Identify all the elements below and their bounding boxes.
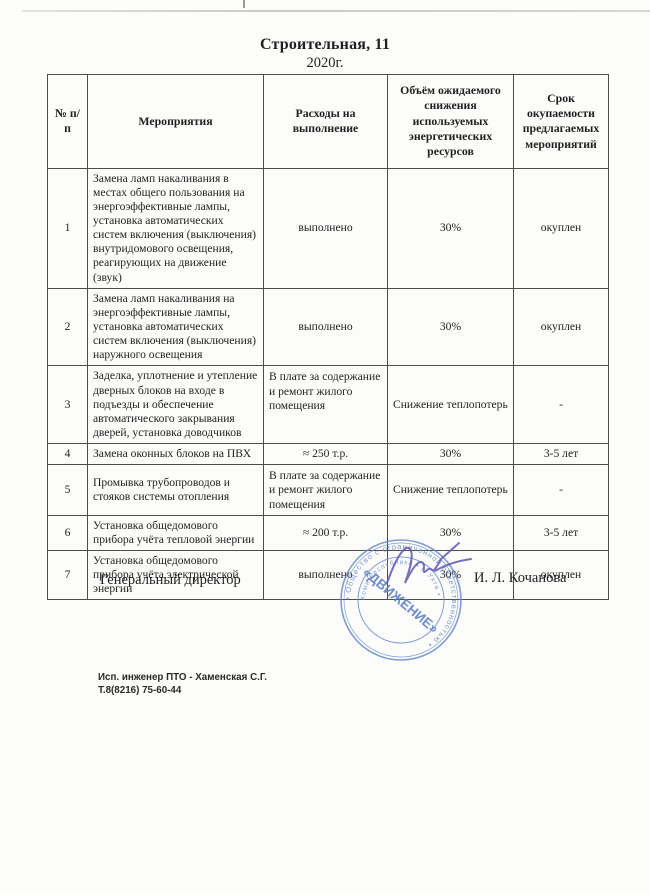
cell-num: 4 — [48, 444, 88, 465]
cell-payback: - — [514, 465, 609, 515]
cell-cost: В плате за содержание и ремонт жилого по… — [264, 366, 388, 444]
cell-payback: 3-5 лет — [514, 444, 609, 465]
cell-num: 6 — [48, 515, 88, 550]
table-body: 1Замена ламп накаливания в местах общего… — [48, 168, 609, 600]
director-name: И. Л. Кочанова — [474, 570, 566, 587]
scan-artifact-tick — [243, 0, 245, 8]
cell-reduction: 30% — [388, 288, 514, 366]
cell-reduction: 30% — [388, 444, 514, 465]
document-title: Строительная, 11 — [0, 36, 650, 54]
phone-line: Т.8(8216) 75-60-44 — [98, 684, 267, 697]
header-reduction: Объём ожидаемого снижения используемых э… — [388, 75, 514, 169]
table-row: 6Установка общедомового прибора учёта те… — [48, 515, 609, 550]
cell-payback: окуплен — [514, 168, 609, 288]
scan-artifact-line — [22, 10, 650, 12]
table-row: 1Замена ламп накаливания в местах общего… — [48, 168, 609, 288]
table-row: 2Замена ламп накаливания на энергоэффект… — [48, 288, 609, 366]
header-measure: Мероприятия — [88, 75, 264, 169]
cell-payback: - — [514, 366, 609, 444]
director-label: Генеральный директор — [100, 572, 241, 589]
document-year: 2020г. — [0, 55, 650, 72]
cell-measure: Заделка, уплотнение и утепление дверных … — [88, 366, 264, 444]
cell-measure: Замена ламп накаливания в местах общего … — [88, 168, 264, 288]
executor-line: Исп. инженер ПТО - Хаменская С.Г. — [98, 671, 267, 684]
cell-measure: Установка общедомового прибора учёта теп… — [88, 515, 264, 550]
header-cost: Расходы на выполнение — [264, 75, 388, 169]
cell-num: 5 — [48, 465, 88, 515]
cell-num: 7 — [48, 551, 88, 600]
handwritten-signature — [383, 537, 478, 595]
title-block: Строительная, 11 2020г. — [0, 36, 650, 72]
table-row: 3Заделка, уплотнение и утепление дверных… — [48, 366, 609, 444]
measures-table: № п/п Мероприятия Расходы на выполнение … — [47, 74, 609, 600]
table-row: 5Промывка трубопроводов и стояков систем… — [48, 465, 609, 515]
table-header-row: № п/п Мероприятия Расходы на выполнение … — [48, 75, 609, 169]
table-row: 4Замена оконных блоков на ПВХ≈ 250 т.р.3… — [48, 444, 609, 465]
cell-reduction: Снижение теплопотерь — [388, 366, 514, 444]
cell-cost: выполнено — [264, 168, 388, 288]
cell-cost: выполнено — [264, 288, 388, 366]
cell-reduction: Снижение теплопотерь — [388, 465, 514, 515]
header-num: № п/п — [48, 75, 88, 169]
cell-measure: Замена ламп накаливания на энергоэффекти… — [88, 288, 264, 366]
cell-payback: 3-5 лет — [514, 515, 609, 550]
footer-block: Исп. инженер ПТО - Хаменская С.Г. Т.8(82… — [98, 671, 267, 697]
header-payback: Срок окупаемости предлагаемых мероприяти… — [514, 75, 609, 169]
cell-reduction: 30% — [388, 168, 514, 288]
cell-measure: Промывка трубопроводов и стояков системы… — [88, 465, 264, 515]
cell-cost: В плате за содержание и ремонт жилого по… — [264, 465, 388, 515]
signature-graphic — [383, 537, 478, 595]
cell-num: 2 — [48, 288, 88, 366]
cell-measure: Замена оконных блоков на ПВХ — [88, 444, 264, 465]
cell-num: 1 — [48, 168, 88, 288]
cell-cost: ≈ 250 т.р. — [264, 444, 388, 465]
cell-payback: окуплен — [514, 288, 609, 366]
cell-num: 3 — [48, 366, 88, 444]
